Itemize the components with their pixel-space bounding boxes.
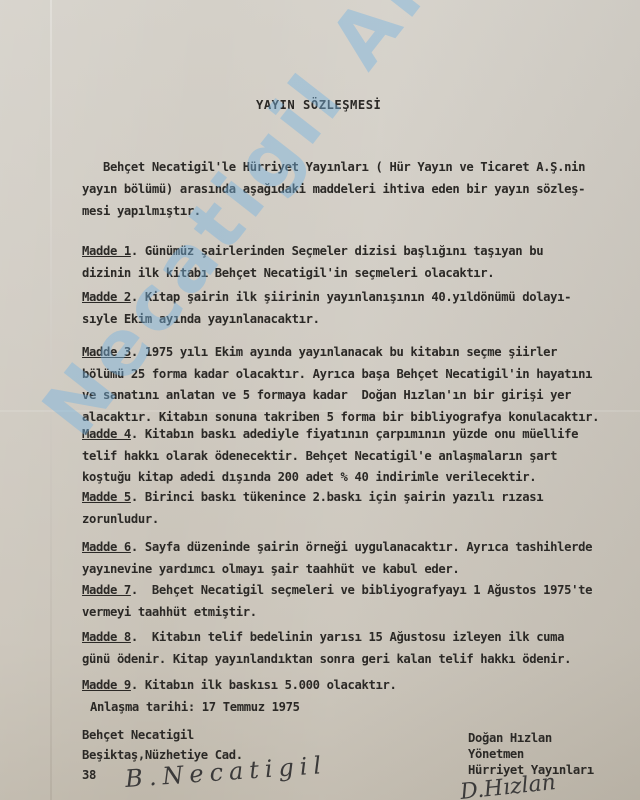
article-label: Madde 8	[82, 630, 131, 644]
article-line: bölümü 25 forma kadar olacaktır. Ayrıca …	[82, 367, 592, 381]
article-text: . 1975 yılı Ekim ayında yayınlanacak bu …	[131, 345, 557, 359]
party-right-name: Doğan Hızlan	[468, 731, 552, 745]
intro-line: yayın bölümü) arasında aşağıdaki maddele…	[82, 182, 585, 196]
article-line: alacaktır. Kitabın sonuna takriben 5 for…	[82, 410, 599, 424]
intro-line: Behçet Necatigil'le Hürriyet Yayınları (…	[82, 160, 585, 174]
article-label: Madde 6	[82, 540, 131, 554]
article-text: vermeyi taahhüt etmiştir.	[82, 605, 257, 619]
article-first-line: Madde 4. Kitabın baskı adediyle fiyatını…	[82, 427, 578, 441]
intro-line: mesi yapılmıştır.	[82, 204, 201, 218]
article-text: . Behçet Necatigil seçmeleri ve bibliyog…	[131, 583, 592, 597]
article-text: . Kitabın telif bedelinin yarısı 15 Ağus…	[131, 630, 564, 644]
article-text: . Kitabın ilk baskısı 5.000 olacaktır.	[131, 678, 397, 692]
article-line: vermeyi taahhüt etmiştir.	[82, 605, 257, 619]
article-line: sıyle Ekim ayında yayınlanacaktır.	[82, 312, 320, 326]
party-left-name: Behçet Necatigil	[82, 728, 194, 742]
article-line: telif hakkı olarak ödenecektir. Behçet N…	[82, 449, 557, 463]
party-left-number: 38	[82, 768, 96, 782]
document-title: YAYIN SÖZLEŞMESİ	[256, 98, 381, 112]
article-label: Madde 5	[82, 490, 131, 504]
contract-document: YAYIN SÖZLEŞMESİ Behçet Necatigil'le Hür…	[0, 0, 640, 800]
article-text: yayınevine yardımcı olmayı şair taahhüt …	[82, 562, 459, 576]
article-first-line: Madde 5. Birinci baskı tükenince 2.baskı…	[82, 490, 543, 504]
article-first-line: Madde 1. Günümüz şairlerinden Seçmeler d…	[82, 244, 543, 258]
article-line: ve sanatını anlatan ve 5 formaya kadar D…	[82, 388, 571, 402]
article-line: dizinin ilk kitabı Behçet Necatigil'in s…	[82, 266, 494, 280]
article-text: zorunludur.	[82, 512, 159, 526]
article-text: dizinin ilk kitabı Behçet Necatigil'in s…	[82, 266, 494, 280]
article-text: sıyle Ekim ayında yayınlanacaktır.	[82, 312, 320, 326]
article-line: yayınevine yardımcı olmayı şair taahhüt …	[82, 562, 459, 576]
article-line: zorunludur.	[82, 512, 159, 526]
article-label: Madde 4	[82, 427, 131, 441]
agreement-date: Anlaşma tarihi: 17 Temmuz 1975	[90, 700, 300, 714]
article-text: . Günümüz şairlerinden Seçmeler dizisi b…	[131, 244, 543, 258]
article-text: . Kitap şairin ilk şiirinin yayınlanışın…	[131, 290, 571, 304]
article-text: . Sayfa düzeninde şairin örneği uygulana…	[131, 540, 592, 554]
article-first-line: Madde 2. Kitap şairin ilk şiirinin yayın…	[82, 290, 571, 304]
article-label: Madde 1	[82, 244, 131, 258]
article-text: ve sanatını anlatan ve 5 formaya kadar D…	[82, 388, 571, 402]
article-first-line: Madde 8. Kitabın telif bedelinin yarısı …	[82, 630, 564, 644]
article-text: telif hakkı olarak ödenecektir. Behçet N…	[82, 449, 557, 463]
article-first-line: Madde 7. Behçet Necatigil seçmeleri ve b…	[82, 583, 592, 597]
article-label: Madde 2	[82, 290, 131, 304]
party-right-title: Yönetmen	[468, 747, 524, 761]
article-text: günü ödenir. Kitap yayınlandıktan sonra …	[82, 652, 571, 666]
article-text: alacaktır. Kitabın sonuna takriben 5 for…	[82, 410, 599, 424]
article-text: . Birinci baskı tükenince 2.baskı için ş…	[131, 490, 543, 504]
article-line: koştuğu kitap adedi dışında 200 adet % 4…	[82, 470, 536, 484]
article-first-line: Madde 6. Sayfa düzeninde şairin örneği u…	[82, 540, 592, 554]
article-label: Madde 7	[82, 583, 131, 597]
article-label: Madde 9	[82, 678, 131, 692]
article-first-line: Madde 3. 1975 yılı Ekim ayında yayınlana…	[82, 345, 557, 359]
article-line: günü ödenir. Kitap yayınlandıktan sonra …	[82, 652, 571, 666]
article-text: koştuğu kitap adedi dışında 200 adet % 4…	[82, 470, 536, 484]
article-first-line: Madde 9. Kitabın ilk baskısı 5.000 olaca…	[82, 678, 396, 692]
article-text: bölümü 25 forma kadar olacaktır. Ayrıca …	[82, 367, 592, 381]
article-text: . Kitabın baskı adediyle fiyatının çarpı…	[131, 427, 578, 441]
article-label: Madde 3	[82, 345, 131, 359]
